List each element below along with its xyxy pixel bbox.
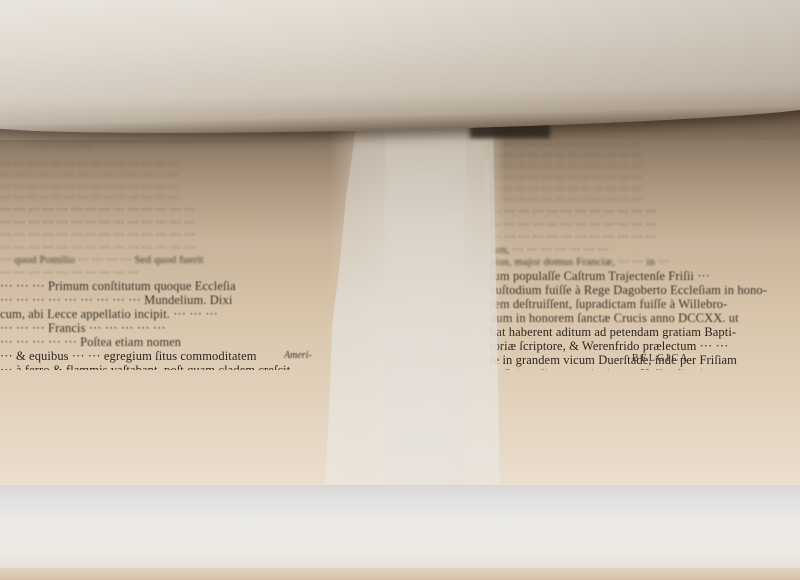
text-line: ··· ··· ··· ··· ··· ··· ··· ··· ··· ··· …: [0, 242, 360, 255]
text-line: ··· ··· ··· Primum conſtitutum quoque Ec…: [0, 279, 360, 293]
right-text-column: ··· ··· ··· ··· ··· ··· ··· ··· ··· ··· …: [490, 140, 800, 370]
text-line: ··· à ferro & flammis vaſtabant, poſt qu…: [0, 363, 360, 370]
text-line: bat haberent aditum ad petendam gratiam …: [490, 325, 800, 339]
text-line: pius, major domus Franciæ, ··· ··· in ··…: [490, 256, 800, 269]
text-line: ··· ··· ··· ··· ··· ··· ··· ··· ··· ··· …: [0, 171, 360, 182]
text-line: ··· ··· ··· ··· ··· ··· ··· ··· ··· ··· …: [490, 219, 800, 232]
text-line: ··· ··· ··· ··· ··· ··· ··· ··· ··· ··· …: [490, 206, 800, 219]
catchword: Ameri-: [284, 350, 312, 361]
left-column-heading: ··· ··· ··· ··· ···: [25, 140, 360, 154]
text-line: ··· quod Pomilio ··· ··· ··· ··· Sed quo…: [0, 254, 360, 267]
text-line: ··· ··· ··· ··· ··· ··· ··· ··· ··· ··· …: [490, 140, 800, 151]
text-line: cum, abi Lecce appellatio incipit. ··· ·…: [0, 307, 360, 321]
text-line: ··· ··· ··· ··· ··· ··· ··· ··· ··· ··· …: [0, 204, 360, 217]
bottom-page-edge: [0, 568, 800, 580]
text-line: ··· ··· ··· ··· ··· ··· ··· ··· ··· ··· …: [490, 173, 800, 184]
text-line: ··· ··· ··· ··· ··· ··· ··· ··· ··· ··· …: [490, 195, 800, 206]
text-line: dum in honorem ſanctæ Crucis anno DCCXX.…: [490, 311, 800, 325]
text-line: rem deſtruiſſent, ſupradictam fuiſſe à W…: [490, 297, 800, 311]
text-line: ··· ··· ··· ··· ··· ··· ··· ··· ··· ··· …: [0, 193, 360, 204]
text-line: ··· ··· ··· ··· ··· ··· ··· ··· ··· ··· …: [490, 162, 800, 173]
text-line: ··· ··· ··· ··· ··· ··· ··· ··· ··· Mund…: [0, 293, 360, 307]
text-line: ··· ··· ··· ··· ··· ··· ··· ··· ··· ··· …: [490, 151, 800, 162]
page-signature: BELGICA.: [632, 353, 694, 364]
photo-scene: ··· ··· ··· ··· ··· ··· ··· ··· ··· ··· …: [0, 0, 800, 580]
text-line: ··· ··· ··· ··· ··· ··· ··· ··· ··· ··· …: [0, 182, 360, 193]
text-line: ··· ··· ··· ··· ··· ··· ··· ··· ··· ··· …: [0, 229, 360, 242]
bottom-glass-bar: [0, 485, 800, 580]
text-line: ··· ··· ··· ··· ··· ··· ··· ··· ··· ···: [0, 267, 360, 280]
left-text-column: ··· ··· ··· ··· ··· ··· ··· ··· ··· ··· …: [0, 140, 360, 370]
text-line: ··· ··· ··· ··· ··· ··· ··· ··· ··· ··· …: [490, 231, 800, 244]
text-line: tam, ··· ··· ··· ··· ··· ··· ···: [490, 244, 800, 257]
text-line: cuſtodium fuiſſe à Rege Dagoberto Eccleſ…: [490, 283, 800, 297]
text-line: tum populaſſe Caſtrum Trajectenſe Friſii…: [490, 269, 800, 283]
text-line: ··· ··· ··· ··· ··· ··· ··· ··· ··· ··· …: [490, 184, 800, 195]
text-line: in Orientali parte principatus Hollandiæ…: [490, 367, 800, 371]
text-line: ··· ··· ··· ··· ··· ··· ··· ··· ··· ··· …: [0, 217, 360, 230]
text-line: ··· ··· ··· ··· ··· Poſtea etiam nomen: [0, 335, 360, 349]
text-line: ··· ··· ··· Francis ··· ··· ··· ··· ···: [0, 321, 360, 335]
tape-inner-layer: [385, 125, 465, 490]
text-line: toriæ ſcriptore, & Werenfrido prælectum …: [490, 339, 800, 353]
text-line: ··· ··· ··· ··· ··· ··· ··· ··· ··· ··· …: [0, 160, 360, 171]
scanner-roller: [0, 0, 800, 140]
